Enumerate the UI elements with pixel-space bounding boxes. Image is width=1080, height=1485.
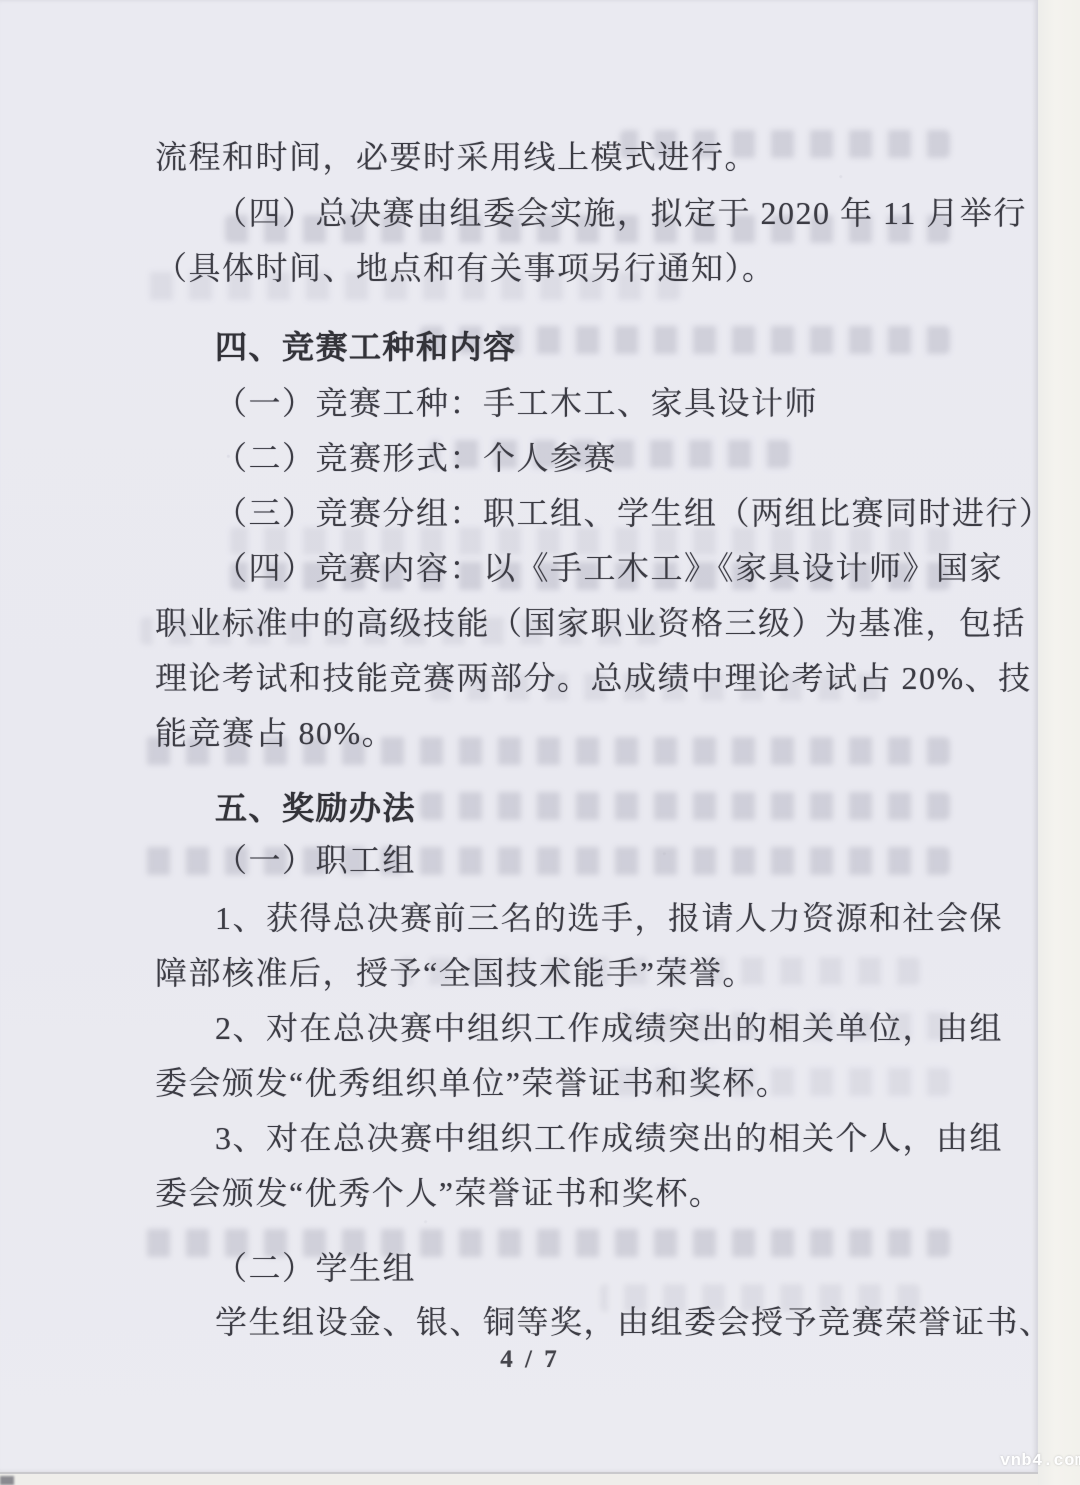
item-award-2: 2、对在总决赛中组织工作成绩突出的相关单位，由组 xyxy=(215,1003,1003,1049)
para-finals-schedule: （四）总决赛由组委会实施，拟定于 2020 年 11 月举行 xyxy=(215,188,1027,234)
item-competition-trades: （一）竞赛工种：手工木工、家具设计师 xyxy=(215,378,818,424)
item-award-3-l2: 委会颁发“优秀个人”荣誉证书和奖杯。 xyxy=(155,1168,722,1214)
item-award-1: 1、获得总决赛前三名的选手，报请人力资源和社会保 xyxy=(215,893,1003,939)
bleed-through-line xyxy=(420,792,950,820)
scanned-document-page: 流程和时间，必要时采用线上模式进行。 （四）总决赛由组委会实施，拟定于 2020… xyxy=(0,0,1080,1485)
item-competition-content-l4: 能竞赛占 80%。 xyxy=(155,708,395,754)
subheading-student-group: （二）学生组 xyxy=(215,1243,416,1289)
scan-edge-right xyxy=(1038,0,1080,1485)
item-award-1-l2: 障部核准后，授予“全国技术能手”荣誉。 xyxy=(155,948,756,994)
item-competition-content-l3: 理论考试和技能竞赛两部分。总成绩中理论考试占 20%、技 xyxy=(155,653,1032,699)
item-competition-format: （二）竞赛形式：个人参赛 xyxy=(215,433,617,479)
scan-corner-artifact xyxy=(0,1476,14,1485)
heading-section-4-trades: 四、竞赛工种和内容 xyxy=(215,322,517,368)
watermark: vnb4.com xyxy=(1000,1452,1080,1471)
heading-section-5-awards: 五、奖励办法 xyxy=(215,783,416,829)
item-competition-groups: （三）竞赛分组：职工组、学生组（两组比赛同时进行） xyxy=(215,488,1053,534)
para-student-awards: 学生组设金、银、铜等奖，由组委会授予竞赛荣誉证书、 xyxy=(215,1297,1053,1343)
subheading-employee-group: （一）职工组 xyxy=(215,835,416,881)
item-competition-content: （四）竞赛内容：以《手工木工》《家具设计师》国家 xyxy=(215,543,1003,589)
scan-edge-bottom xyxy=(0,1472,1038,1485)
para-online-mode-continuation: 流程和时间，必要时采用线上模式进行。 xyxy=(155,132,758,178)
page-number: 4 / 7 xyxy=(460,1346,600,1374)
para-finals-schedule-cont: （具体时间、地点和有关事项另行通知）。 xyxy=(155,243,776,289)
item-competition-content-l2: 职业标准中的高级技能（国家职业资格三级）为基准，包括 xyxy=(155,598,1026,644)
item-award-2-l2: 委会颁发“优秀组织单位”荣誉证书和奖杯。 xyxy=(155,1058,789,1104)
item-award-3: 3、对在总决赛中组织工作成绩突出的相关个人，由组 xyxy=(215,1113,1003,1159)
